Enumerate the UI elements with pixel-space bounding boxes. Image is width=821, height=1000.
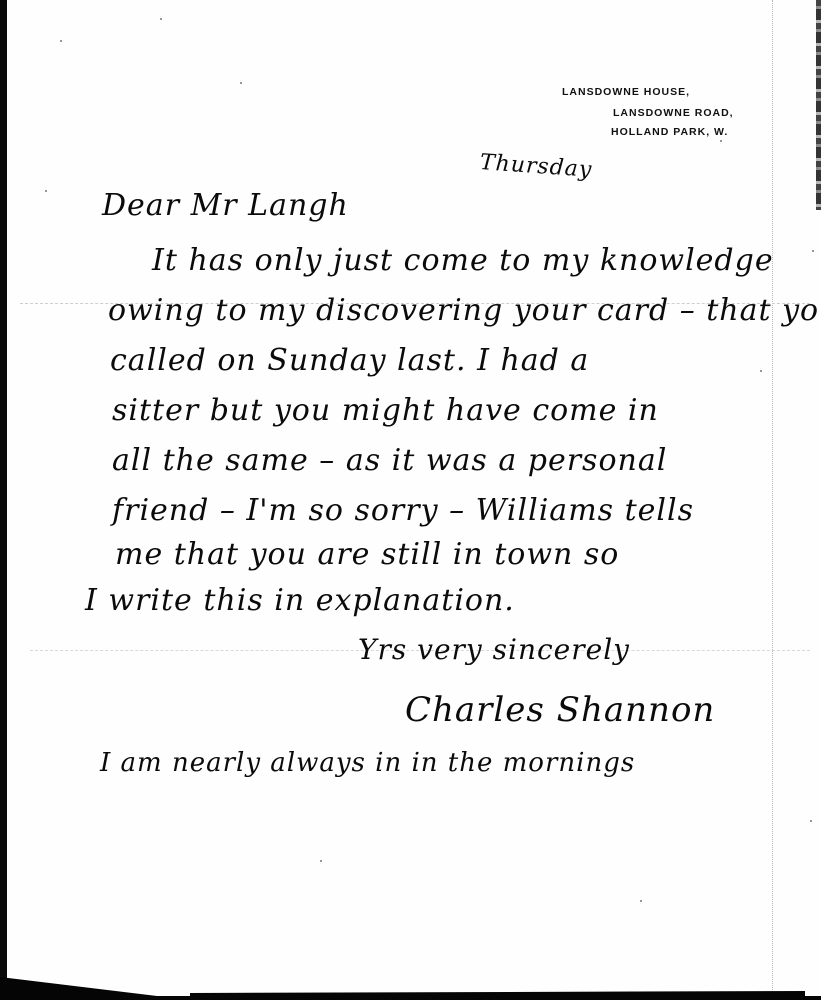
body-line: owing to my discovering your card – that…: [108, 293, 821, 328]
body-line: friend – I'm so sorry – Williams tells: [112, 493, 694, 528]
scan-speck: [760, 370, 762, 372]
body-line: I write this in explanation.: [85, 583, 515, 618]
body-line: me that you are still in town so: [115, 537, 619, 572]
letter-date: Thursday: [479, 150, 593, 183]
body-line: called on Sunday last. I had a: [110, 343, 589, 378]
letter-page: LANSDOWNE HOUSE, LANSDOWNE ROAD, HOLLAND…: [0, 0, 821, 1000]
scan-speck: [720, 140, 722, 142]
scan-speck: [320, 860, 322, 862]
scan-left-edge: [0, 0, 7, 1000]
scan-speck: [812, 250, 814, 252]
body-line: all the same – as it was a personal: [112, 443, 667, 478]
closing: Yrs very sincerely: [358, 633, 630, 666]
salutation: Dear Mr Langh: [102, 188, 349, 223]
scan-speck: [45, 190, 47, 192]
scan-bottom-shadow: [0, 940, 821, 1000]
scan-speck: [240, 82, 242, 84]
scan-speck: [60, 40, 62, 42]
letterhead-line-3: HOLLAND PARK, W.: [611, 126, 728, 138]
scan-right-edge-smudge: [816, 0, 821, 210]
letterhead-line-2: LANSDOWNE ROAD,: [613, 107, 734, 119]
body-line: It has only just come to my knowledge: [152, 243, 774, 278]
body-line: sitter but you might have come in: [112, 393, 659, 428]
scan-speck: [810, 820, 812, 822]
scan-speck: [160, 18, 162, 20]
letterhead-line-1: LANSDOWNE HOUSE,: [562, 86, 690, 98]
vertical-fold-line: [772, 0, 773, 1000]
signature: Charles Shannon: [405, 690, 715, 730]
postscript: I am nearly always in in the mornings: [100, 748, 635, 778]
scan-speck: [640, 900, 642, 902]
